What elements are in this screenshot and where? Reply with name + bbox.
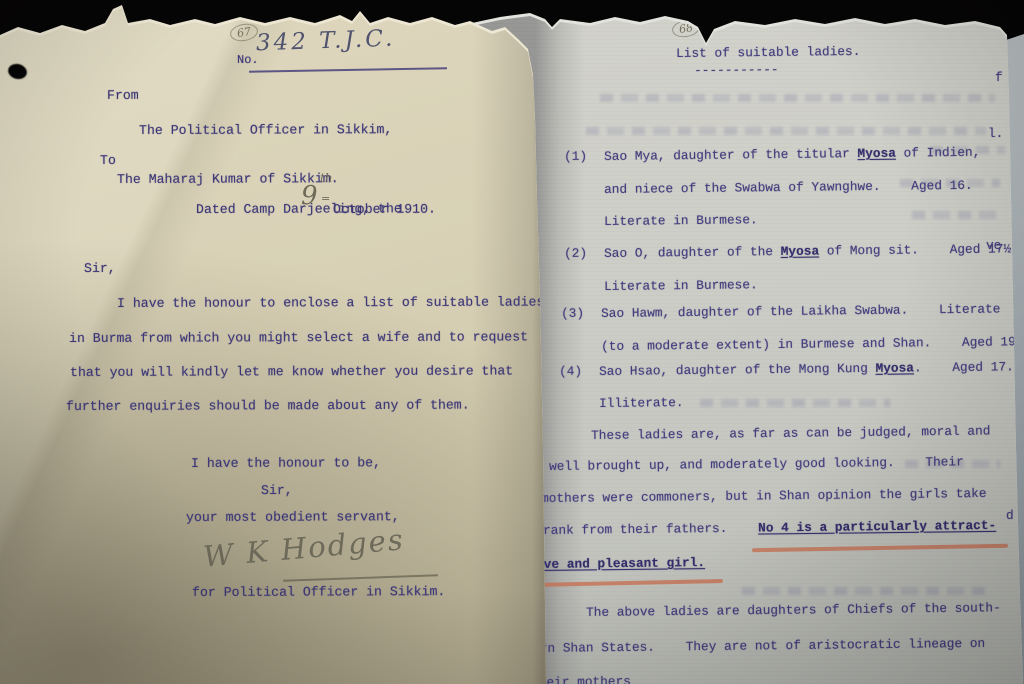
date-rest: October 1910. [333, 202, 436, 217]
closing-line-2: Sir, [261, 483, 293, 498]
emphasised-phrase: ive and pleasant girl. [536, 555, 705, 572]
date-ordinal-handwritten: th [320, 171, 333, 185]
list-item-3-line-2: (to a moderate extent) in Burmese and Sh… [601, 334, 1016, 354]
to-label: To [100, 153, 116, 168]
bleed-through-text [700, 399, 890, 407]
red-pencil-underline [752, 544, 1008, 552]
paragraph-2-line-2: ern Shan States. They are not of aristoc… [532, 636, 985, 656]
list-item-1-line-2: and niece of the Swabwa of Yawnghwe. Age… [604, 178, 973, 197]
list-item-2-line-1: Sao O, daughter of the Myosa of Mong sit… [604, 241, 1011, 261]
list-item-2-line-2: Literate in Burmese. [604, 277, 758, 294]
list-item-1-line-1: Sao Mya, daughter of the titular Myosa o… [604, 145, 980, 164]
bleed-through-text [912, 211, 1002, 219]
paragraph-1-line-3: mothers were commoners, but in Shan opin… [541, 486, 987, 506]
list-item-2-text: of Mong sit. Aged 17½ [819, 241, 1011, 258]
list-item-4-line-1: Sao Hsao, daughter of the Mong Kung Myos… [599, 359, 1014, 379]
date-ordinal-mark: = [321, 192, 330, 205]
underlined-word-myosa: Myosa [781, 244, 820, 259]
list-title: List of suitable ladies. [676, 44, 860, 61]
cut-off-character: ve [986, 238, 1001, 253]
cut-off-character: f [995, 70, 1003, 85]
list-item-2-text: Sao O, daughter of the [604, 244, 781, 261]
emphasised-phrase: No 4 is a particularly attract- [758, 518, 996, 536]
bleed-through-text [586, 127, 986, 135]
salutation: Sir, [84, 261, 116, 276]
list-title-underline: ----------- [694, 62, 779, 78]
list-item-4-text: Sao Hsao, daughter of the Mong Kung [599, 361, 876, 379]
signature-underline [283, 574, 438, 581]
paragraph-2-line-3: their mothers [531, 674, 631, 684]
paragraph-1-line-2: well brought up, and moderately good loo… [549, 454, 964, 474]
paragraph-1-text: rank from their fathers. [543, 521, 758, 538]
reference-label: No. [237, 53, 259, 67]
red-pencil-underline [533, 579, 723, 586]
date-day-handwritten: 9 [301, 181, 318, 211]
list-item-1-number: (1) [564, 149, 587, 164]
list-item-1-text: Sao Mya, daughter of the titular [604, 146, 858, 164]
body-line-2: in Burma from which you might select a w… [69, 329, 528, 346]
list-item-1-line-3: Literate in Burmese. [604, 212, 758, 229]
paragraph-1-line-5: ive and pleasant girl. [536, 555, 705, 572]
signature-handwritten: W K Hodges [202, 522, 406, 573]
closing-line-1: I have the honour to be, [191, 455, 381, 471]
body-line-4: further enquiries should be made about a… [66, 398, 470, 414]
underlined-word-myosa: Myosa [875, 360, 914, 375]
cut-off-character: l. [988, 126, 1003, 141]
photograph-of-letters: 68 List of suitable ladies. ----------- … [0, 0, 1024, 684]
bleed-through-text [742, 587, 992, 595]
closing-line-3: your most obedient servant, [186, 509, 400, 525]
bleed-through-text [600, 94, 995, 102]
list-item-1-text: of Indien, [896, 145, 981, 161]
reference-number-handwritten: 342 T.J.C. [256, 26, 396, 57]
sender-line: The Political Officer in Sikkim, [139, 122, 392, 138]
body-line-1: I have the honour to enclose a list of s… [117, 295, 544, 311]
reference-underline [249, 67, 447, 72]
list-item-3-line-1: Sao Hawm, daughter of the Laikha Swabwa.… [601, 301, 1000, 321]
signed-for-line: for Political Officer in Sikkim. [192, 584, 445, 600]
list-item-4-number: (4) [559, 364, 582, 379]
paragraph-2-line-1: The above ladies are daughters of Chiefs… [586, 600, 1001, 620]
cut-off-character: d [1006, 508, 1014, 523]
list-item-4-line-2: Illiterate. [599, 395, 684, 411]
paragraph-1-line-1: These ladies are, as far as can be judge… [591, 423, 990, 443]
body-line-3: that you will kindly let me know whether… [70, 363, 513, 380]
underlined-word-myosa: Myosa [857, 146, 896, 161]
list-item-2-number: (2) [564, 246, 587, 261]
list-item-3-number: (3) [561, 306, 584, 321]
punch-hole [6, 62, 28, 81]
paragraph-1-line-4: rank from their fathers. No 4 is a parti… [543, 518, 996, 538]
from-label: From [107, 88, 139, 103]
list-item-4-text: . Aged 17. [914, 359, 1014, 375]
